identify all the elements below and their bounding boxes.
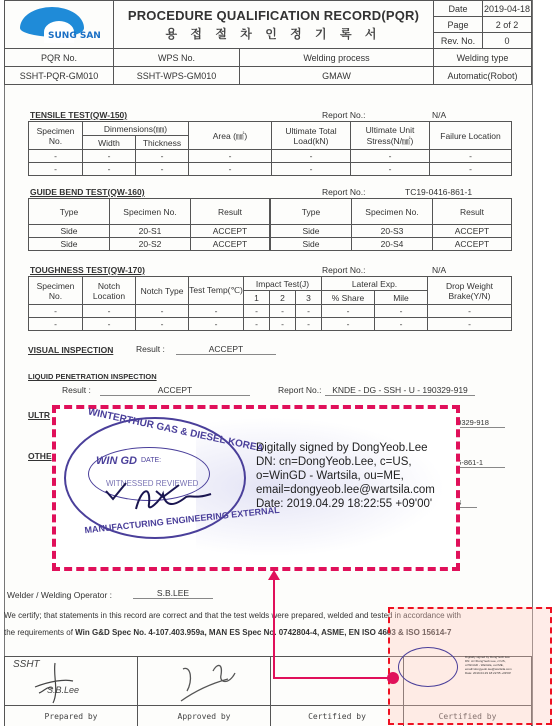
annotation-arrow — [0, 0, 556, 726]
